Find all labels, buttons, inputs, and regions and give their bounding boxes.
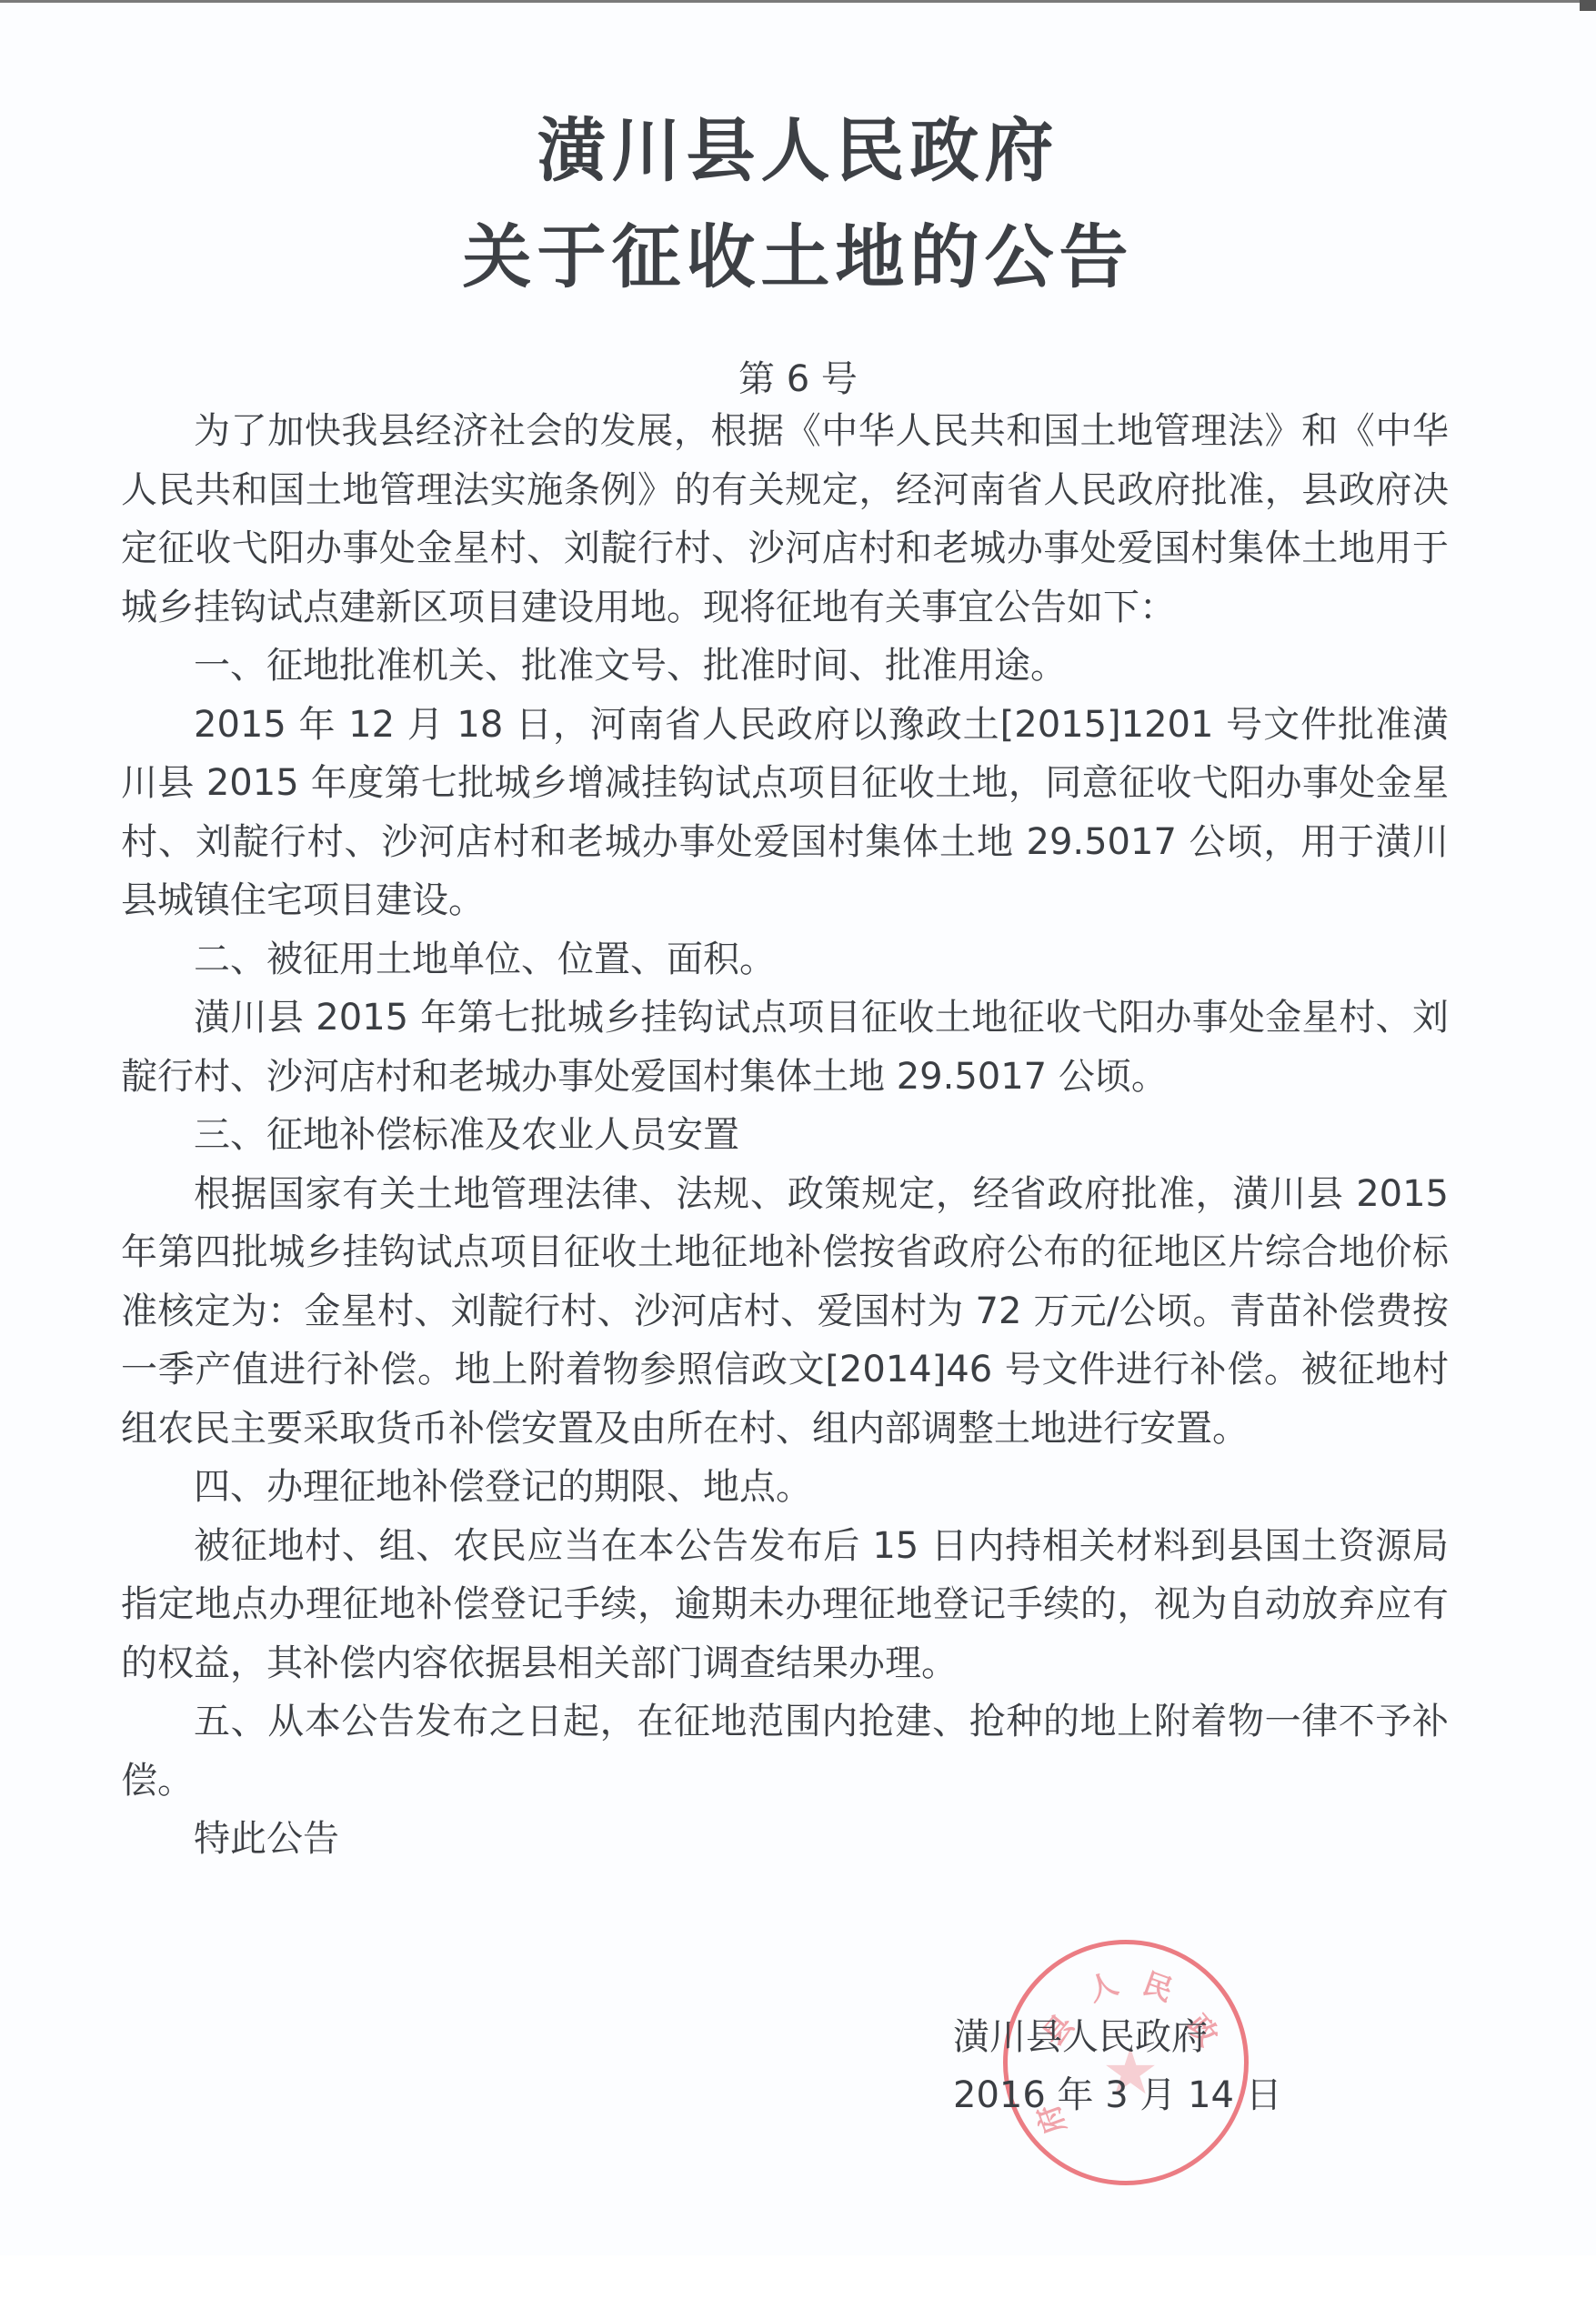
title-issuer: 潢川县人民政府 bbox=[0, 116, 1596, 186]
section-heading-4: 四、办理征地补偿登记的期限、地点。 bbox=[121, 1458, 1449, 1517]
section-body-3: 根据国家有关土地管理法律、法规、政策规定，经省政府批准，潢川县 2015 年第四… bbox=[121, 1165, 1449, 1459]
section-heading-3: 三、征地补偿标准及农业人员安置 bbox=[121, 1106, 1449, 1165]
section-body-1: 2015 年 12 月 18 日，河南省人民政府以豫政土[2015]1201 号… bbox=[121, 696, 1449, 930]
section-heading-1: 一、征地批准机关、批准文号、批准时间、批准用途。 bbox=[121, 637, 1449, 696]
scan-bottom-margin bbox=[0, 2255, 1596, 2319]
intro-paragraph: 为了加快我县经济社会的发展，根据《中华人民共和国土地管理法》和《中华人民共和国土… bbox=[121, 402, 1449, 637]
seal-char: 民 bbox=[1138, 1961, 1179, 2010]
section-5: 五、从本公告发布之日起，在征地范围内抢建、抢种的地上附着物一律不予补偿。 bbox=[121, 1692, 1449, 1810]
scan-edge bbox=[0, 0, 1596, 3]
signature-issuer: 潢川县人民政府 bbox=[953, 2008, 1282, 2066]
document-number: 第 6 号 bbox=[0, 350, 1596, 402]
signature-block: 潢川县人民政府 2016 年 3 月 14 日 bbox=[953, 2008, 1282, 2124]
document-body: 为了加快我县经济社会的发展，根据《中华人民共和国土地管理法》和《中华人民共和国土… bbox=[121, 402, 1449, 1869]
scan-corner bbox=[1580, 0, 1596, 11]
closing-phrase: 特此公告 bbox=[121, 1810, 1449, 1869]
section-body-2: 潢川县 2015 年第七批城乡挂钩试点项目征收土地征收弋阳办事处金星村、刘靛行村… bbox=[121, 989, 1449, 1106]
document-page: 潢川县人民政府 关于征收土地的公告 第 6 号 为了加快我县经济社会的发展，根据… bbox=[0, 0, 1596, 2255]
section-body-4: 被征地村、组、农民应当在本公告发布后 15 日内持相关材料到县国土资源局指定地点… bbox=[121, 1517, 1449, 1693]
seal-char: 人 bbox=[1081, 1961, 1123, 2010]
title-subject: 关于征收土地的公告 bbox=[0, 223, 1596, 292]
signature-date: 2016 年 3 月 14 日 bbox=[953, 2066, 1282, 2124]
section-heading-2: 二、被征用土地单位、位置、面积。 bbox=[121, 930, 1449, 989]
